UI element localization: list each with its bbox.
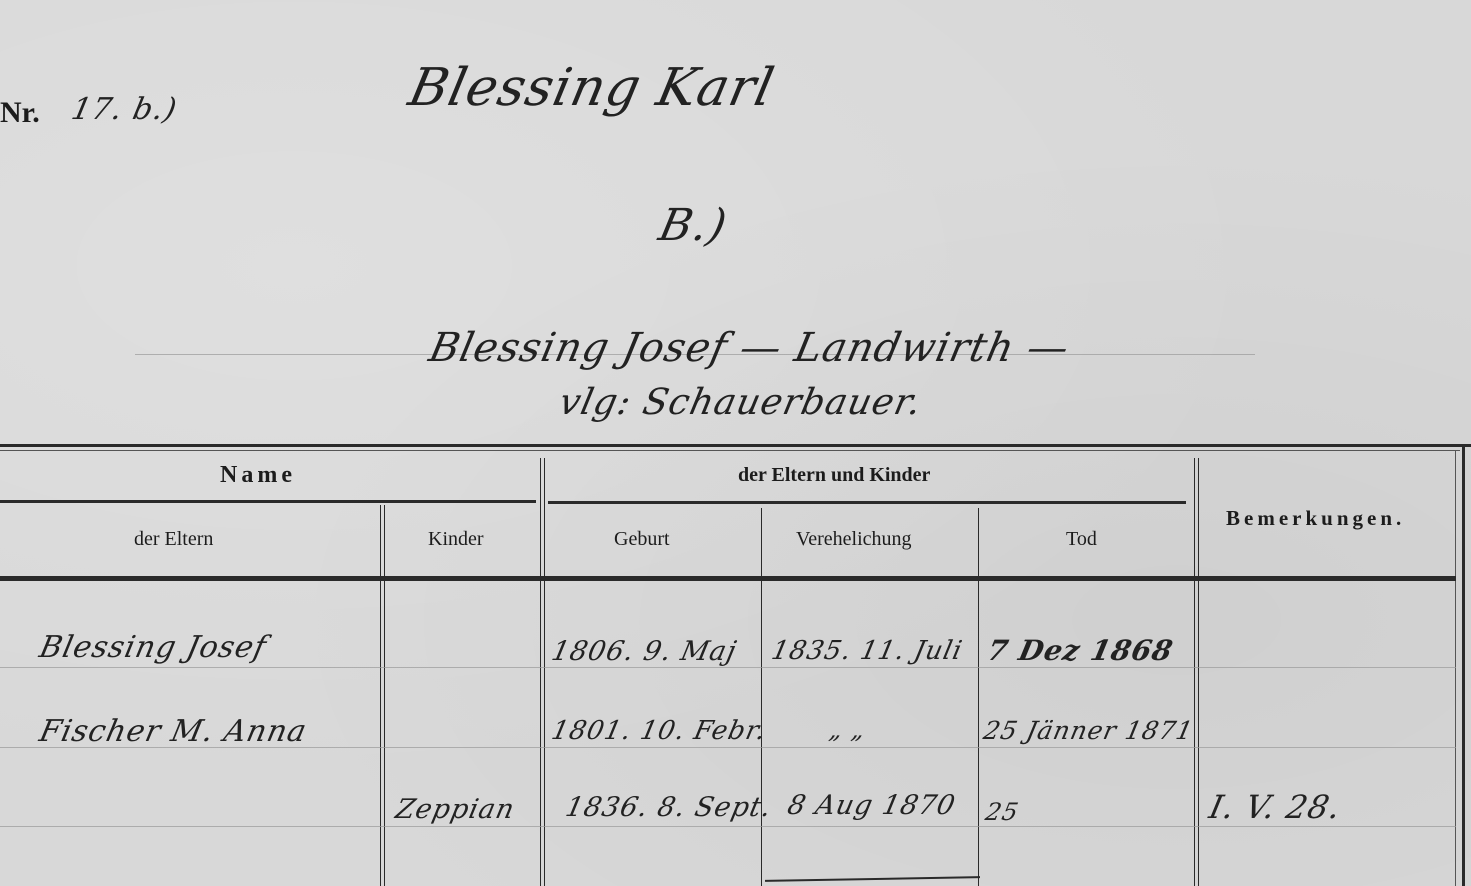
cell-geburt: 1801. 10. Febr. bbox=[549, 716, 769, 746]
divider-name-dates-a bbox=[540, 458, 541, 886]
cell-verehelichung: 8 Aug 1870 bbox=[785, 790, 959, 821]
header-bottom-border bbox=[0, 576, 1456, 581]
dates-group-underline bbox=[548, 501, 1186, 504]
table-top-border bbox=[0, 444, 1471, 447]
col-der-eltern: der Eltern bbox=[134, 528, 213, 551]
divider-geburt-verehelichung bbox=[761, 508, 762, 886]
cell-geburt: 1836. 8. Sept. bbox=[563, 792, 775, 823]
divider-verehelichung-tod bbox=[978, 508, 979, 886]
divider-eltern-kinder-b bbox=[384, 505, 385, 886]
cell-verehelichung: 1835. 11. Juli bbox=[769, 636, 965, 666]
col-verehelichung: Verehelichung bbox=[796, 528, 912, 551]
table-top-border-inner bbox=[0, 450, 1460, 451]
family-title: Blessing Karl bbox=[404, 58, 780, 118]
ruled-line bbox=[0, 826, 1456, 827]
divider-dates-remarks-a bbox=[1194, 458, 1195, 886]
register-number-value: 17. b.) bbox=[68, 92, 180, 127]
cell-bemerkungen: I. V. 28. bbox=[1206, 788, 1345, 826]
table-right-border-inner bbox=[1455, 450, 1456, 886]
header-bemerkungen: Bemerkungen. bbox=[1226, 506, 1405, 531]
col-tod: Tod bbox=[1066, 528, 1097, 551]
cell-verehelichung: „ „ bbox=[827, 716, 868, 744]
cell-tod: 25 bbox=[983, 798, 1021, 826]
header-name: Name bbox=[220, 462, 296, 489]
household-head-line: Blessing Josef — Landwirth — bbox=[425, 325, 1074, 371]
divider-eltern-kinder-a bbox=[380, 505, 381, 886]
name-group-underline bbox=[0, 500, 536, 503]
cell-geburt: 1806. 9. Maj bbox=[549, 636, 740, 667]
cell-eltern: Blessing Josef bbox=[36, 630, 270, 665]
closing-stroke bbox=[765, 876, 980, 882]
divider-dates-remarks-b bbox=[1198, 458, 1199, 886]
cell-tod: 25 Jänner 1871 bbox=[981, 716, 1196, 745]
divider-name-dates-b bbox=[544, 458, 545, 886]
cell-tod: 7 Dez 1868 bbox=[984, 634, 1176, 667]
cell-eltern: Fischer M. Anna bbox=[36, 714, 310, 749]
table-right-border bbox=[1462, 447, 1465, 886]
col-kinder: Kinder bbox=[428, 528, 484, 551]
ruled-line bbox=[0, 667, 1456, 668]
header-eltern-und-kinder: der Eltern und Kinder bbox=[738, 464, 930, 487]
cell-kinder: Zeppian bbox=[393, 794, 518, 825]
col-geburt: Geburt bbox=[614, 528, 670, 551]
household-house-name: vlg: Schauerbauer. bbox=[556, 382, 926, 423]
register-number-label: Nr. bbox=[0, 96, 40, 130]
section-marker: B.) bbox=[655, 200, 732, 251]
